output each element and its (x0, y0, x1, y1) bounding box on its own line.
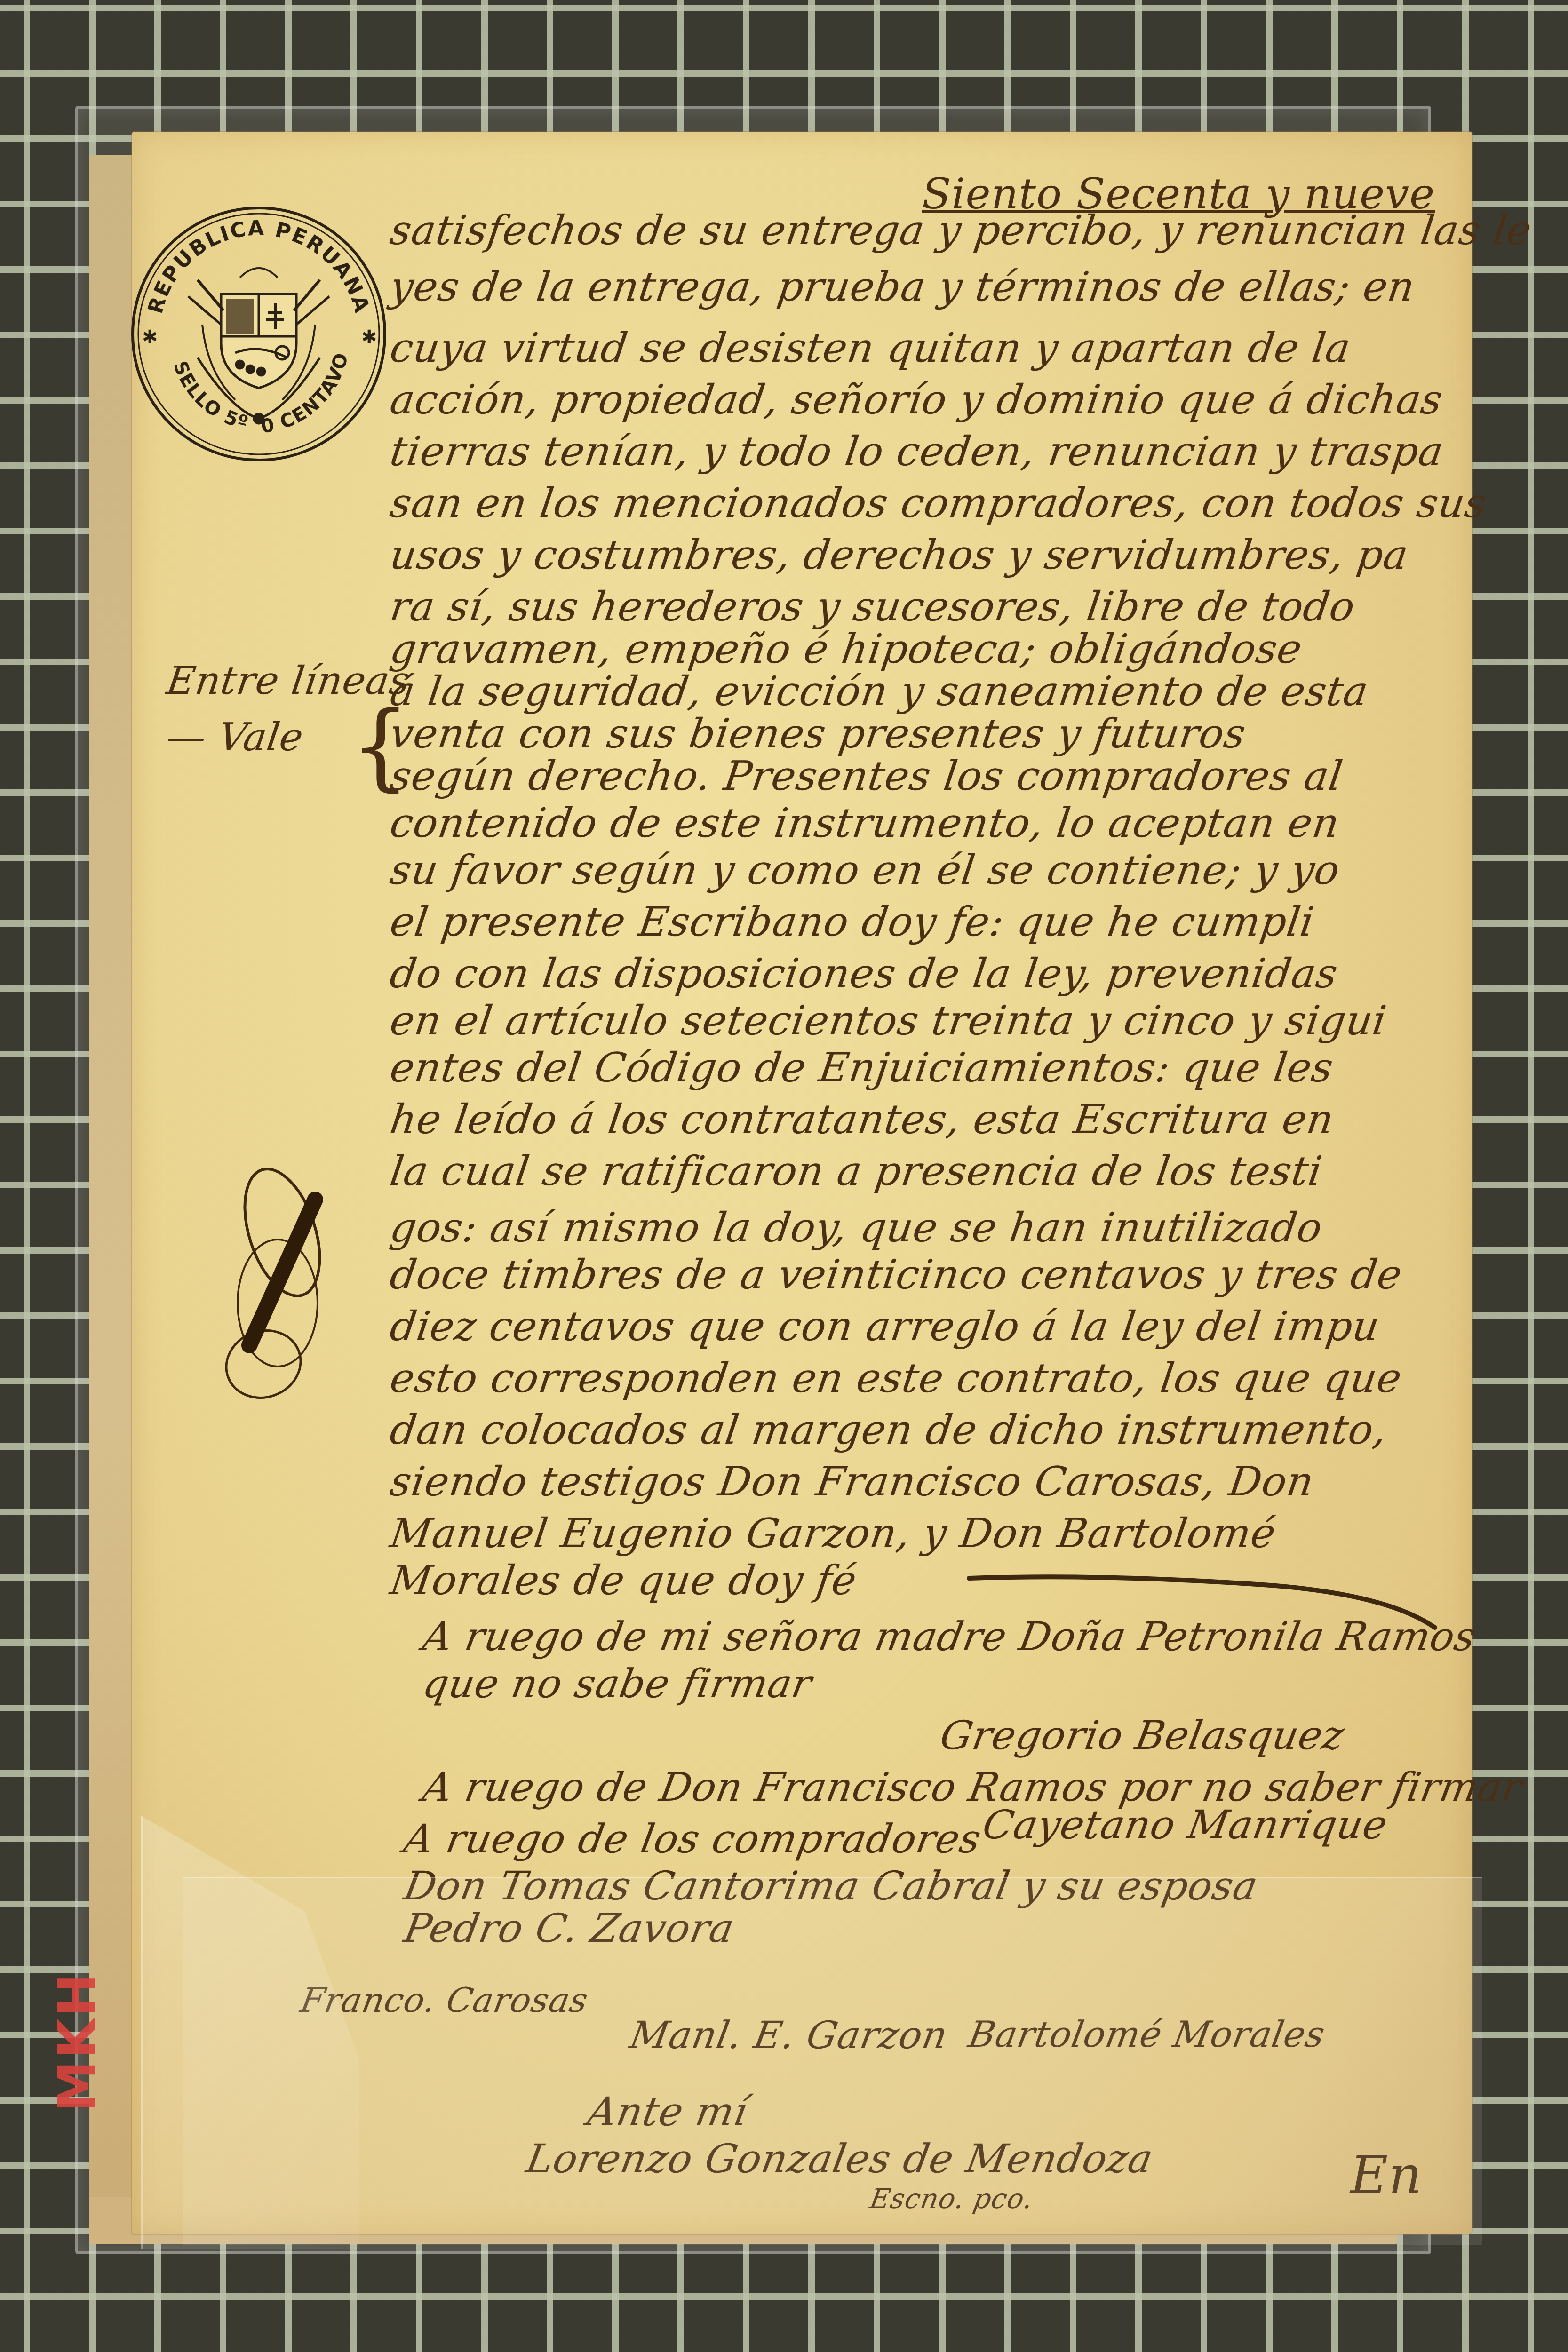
body-line: venta con sus bienes presentes y futuros (387, 710, 1249, 757)
body-line: su favor según y como en él se contiene;… (387, 847, 1343, 894)
body-line: san en los mencionados compradores, con … (387, 480, 1489, 527)
body-line: en el artículo setecientos treinta y cin… (387, 997, 1390, 1044)
margin-brace-icon: { (350, 691, 410, 801)
archival-mark: MKH (47, 1971, 107, 2112)
body-line: la cual se ratificaron a presencia de lo… (387, 1148, 1325, 1195)
body-line: esto corresponden en este contrato, los … (387, 1355, 1405, 1402)
body-line: dan colocados al margen de dicho instrum… (387, 1406, 1390, 1454)
body-line: diez centavos que con arreglo á la ley d… (387, 1303, 1383, 1350)
body-line: entes del Código de Enjuiciamientos: que… (387, 1044, 1337, 1091)
signature-request-line1: A ruego de mi señora madre Doña Petronil… (419, 1613, 1479, 1660)
body-line: Morales de que doy fé (387, 1557, 860, 1604)
stamp-seal: REPUBLICA PERUANA SELLO 5º 20 CENTAVOS ✱… (127, 202, 390, 466)
body-line: tierras tenían, y todo lo ceden, renunci… (387, 428, 1447, 475)
body-line: ra sí, sus herederos y sucesores, libre … (387, 583, 1358, 630)
body-line: do con las disposiciones de la ley, prev… (387, 950, 1341, 997)
body-line: contenido de este instrumento, lo acepta… (387, 800, 1343, 847)
body-line: Manuel Eugenio Garzon, y Don Bartolomé (387, 1510, 1279, 1557)
body-line: he leído á los contratantes, esta Escrit… (387, 1096, 1337, 1143)
body-line: doce timbres de a veinticinco centavos y… (387, 1251, 1405, 1298)
sleeve-flap (183, 1877, 1482, 2245)
signature-request-line2: que no sabe firmar (419, 1661, 815, 1707)
body-line: satisfechos de su entrega y percibo, y r… (387, 207, 1535, 254)
signature-request-line4: A ruego de los compradores (400, 1816, 985, 1862)
notary-flourish-icon (207, 1162, 376, 1416)
body-line: acción, propiedad, señorío y dominio que… (387, 376, 1446, 423)
body-line: á la seguridad, evicción y saneamiento d… (387, 668, 1371, 715)
seal-ornament-right: ✱ (361, 326, 377, 348)
body-line: yes de la entrega, prueba y términos de … (387, 263, 1418, 310)
body-line: siendo testigos Don Francisco Carosas, D… (387, 1458, 1317, 1505)
signature-gregorio-belasquez: Gregorio Belasquez (937, 1712, 1348, 1758)
body-line: el presente Escribano doy fe: que he cum… (387, 898, 1317, 946)
seal-ornament-left: ✱ (142, 326, 158, 348)
body-line: según derecho. Presentes los compradores… (387, 753, 1346, 800)
body-line: cuya virtud se desisten quitan y apartan… (387, 325, 1353, 372)
body-line: gos: así mismo la doy, que se han inutil… (387, 1204, 1325, 1251)
signature-cayetano-manrique: Cayetano Manrique (979, 1802, 1391, 1848)
body-line: usos y costumbres, derechos y servidumbr… (387, 532, 1411, 579)
body-line: gravamen, empeño é hipoteca; obligándose (387, 626, 1305, 673)
margin-note-line2: — Vale (164, 715, 306, 760)
